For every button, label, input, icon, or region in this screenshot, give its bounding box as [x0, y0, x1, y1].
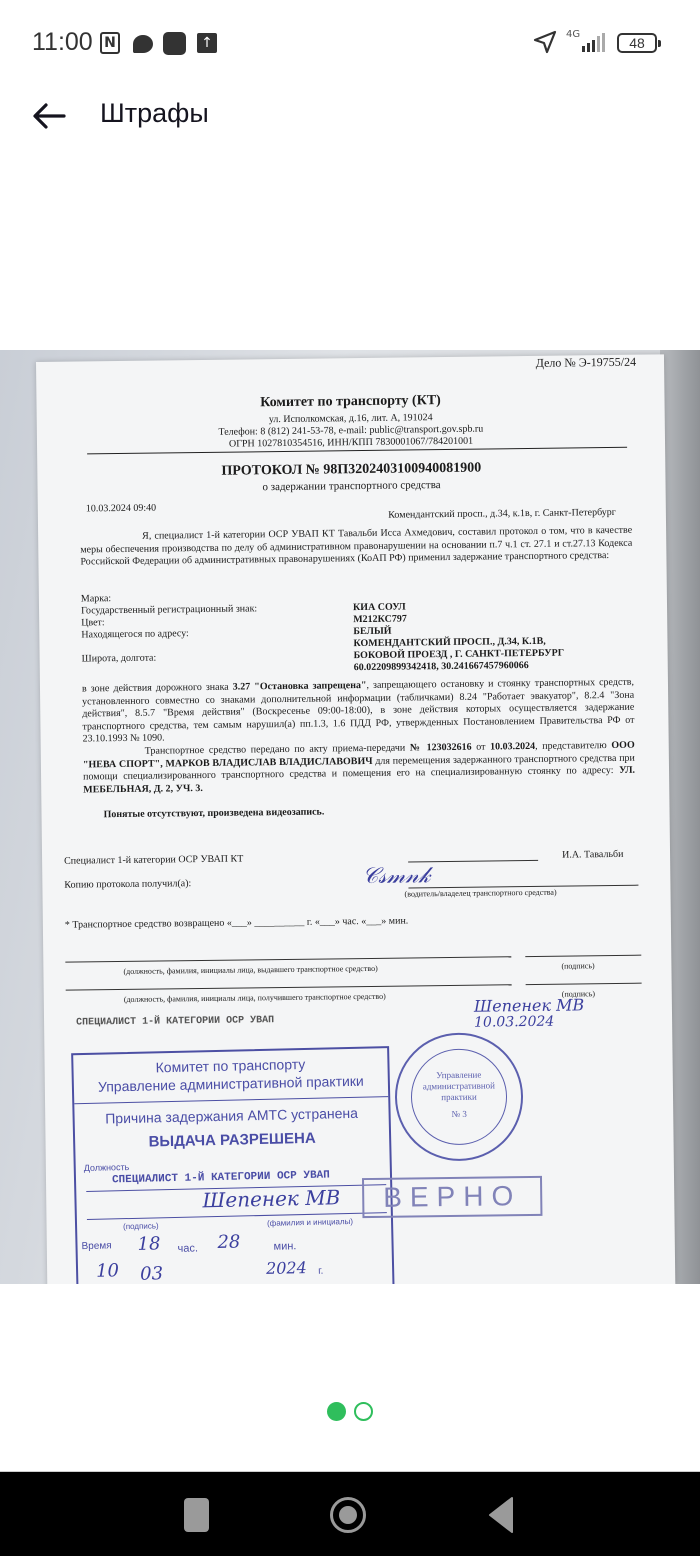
- specialist-name: И.А. Тавальби: [562, 849, 623, 861]
- location-arrow-icon: [533, 30, 557, 54]
- system-nav-bar: [0, 1471, 700, 1556]
- receiver-caption: (должность, фамилия, инициалы лица, полу…: [124, 992, 386, 1004]
- returned-line: * Транспортное средство возвращено «___»…: [65, 915, 409, 930]
- copy-received-label: Копию протокола получил(а):: [64, 878, 191, 891]
- pager-dot[interactable]: [354, 1402, 373, 1421]
- recent-apps-button[interactable]: [184, 1498, 209, 1532]
- signal-strength-icon: [570, 32, 610, 54]
- vehicle-field: Марка:: [81, 587, 641, 594]
- signature-caption: (подпись): [561, 961, 594, 970]
- page-title: Штрафы: [100, 98, 209, 129]
- issuer-line: [65, 956, 511, 962]
- receiver-line: [66, 984, 512, 990]
- chat-notification-icon: [133, 35, 153, 53]
- nfc-icon: N: [100, 32, 120, 54]
- intro-paragraph: Я, специалист 1-й категории ОСР УВАП КТ …: [80, 525, 632, 569]
- protocol-datetime: 10.03.2024 09:40: [86, 503, 156, 515]
- app-header: Штрафы: [0, 86, 700, 146]
- release-permitted-stamp: Комитет по транспорту Управление админис…: [71, 1046, 395, 1284]
- app-notification-icon: [163, 32, 186, 55]
- driver-signature: 𝒞𝓈𝓂𝓃𝓀: [362, 863, 430, 889]
- document-photo[interactable]: Дело № Э-19755/24 Комитет по транспорту …: [0, 350, 700, 1284]
- round-seal-stamp: Управление административной практики № 3: [394, 1032, 524, 1162]
- upload-icon: ↑: [197, 33, 217, 53]
- status-time: 11:00: [32, 28, 93, 57]
- transfer-paragraph: Транспортное средство передано по акту п…: [83, 740, 636, 797]
- issuer-caption: (должность, фамилия, инициалы лица, выда…: [123, 964, 377, 976]
- specialist-stamp-text: СПЕЦИАЛИСТ 1-Й КАТЕГОРИИ ОСР УВАП: [76, 1015, 274, 1028]
- handwritten-name: Шепенек МВ: [474, 995, 585, 1015]
- case-number: Дело № Э-19755/24: [536, 355, 637, 371]
- vehicle-field: Государственный регистрационный знак: КИ…: [81, 599, 641, 606]
- pager-dot-active[interactable]: [327, 1402, 346, 1421]
- handwritten-date: 10.03.2024: [474, 1014, 554, 1031]
- verified-stamp: ВЕРНО: [362, 1176, 542, 1218]
- signature-line: [408, 860, 538, 863]
- protocol-document: Дело № Э-19755/24 Комитет по транспорту …: [36, 354, 675, 1284]
- specialist-label: Специалист 1-й категории ОСР УВАП КТ: [64, 854, 243, 867]
- witnesses-note: Понятые отсутствуют, произведена видеоза…: [103, 807, 324, 821]
- back-arrow-icon[interactable]: [28, 96, 72, 136]
- battery-icon: 48: [617, 33, 657, 53]
- issuer-signature-line: [525, 955, 641, 957]
- home-button[interactable]: [330, 1497, 366, 1533]
- status-bar: 11:00 N ↑ 4G 48: [0, 0, 700, 86]
- violation-paragraph: в зоне действия дорожного знака 3.27 "Ос…: [82, 677, 635, 746]
- receiver-signature-line: [526, 983, 642, 985]
- image-pager: [0, 1402, 700, 1422]
- protocol-place: Комендантский просп., д.34, к.1в, г. Сан…: [388, 507, 616, 521]
- copy-received-caption: (водитель/владелец транспортного средств…: [404, 888, 556, 899]
- back-triangle-icon[interactable]: [488, 1496, 514, 1534]
